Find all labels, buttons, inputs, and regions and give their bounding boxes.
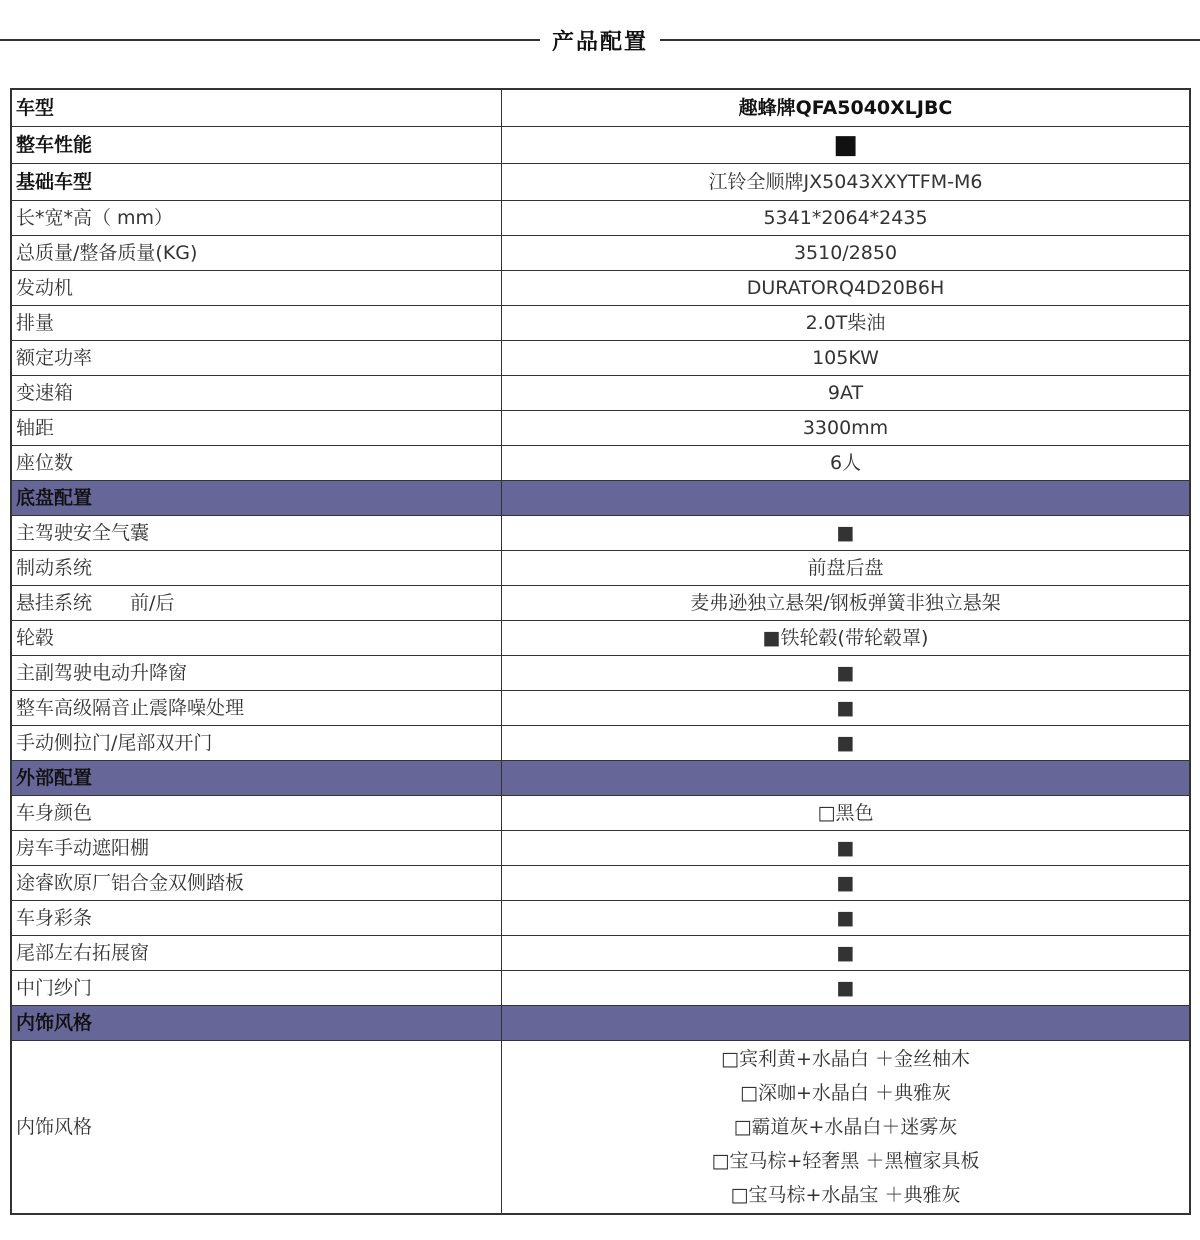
row-value: 江铃全顺牌JX5043XXYTFM-M6 bbox=[502, 164, 1191, 201]
section-title: 外部配置 bbox=[11, 761, 502, 796]
row-label: 整车高级隔音止震降噪处理 bbox=[11, 691, 502, 726]
section-header-chassis: 底盘配置 bbox=[11, 481, 1190, 516]
table-row: 轴距 3300mm bbox=[11, 411, 1190, 446]
row-label: 轴距 bbox=[11, 411, 502, 446]
row-label: 尾部左右拓展窗 bbox=[11, 936, 502, 971]
filled-square-icon: ■ bbox=[502, 691, 1191, 726]
row-label: 车身颜色 bbox=[11, 796, 502, 831]
filled-square-icon: ■ bbox=[502, 127, 1191, 164]
table-row: 车型 趣蜂牌QFA5040XLJBC bbox=[11, 89, 1190, 127]
filled-square-icon: ■ bbox=[502, 901, 1191, 936]
row-label: 中门纱门 bbox=[11, 971, 502, 1006]
section-fill bbox=[502, 481, 1191, 516]
table-row: 座位数 6人 bbox=[11, 446, 1190, 481]
interior-option: □宝马棕+轻奢黑 ＋黑檀家具板 bbox=[506, 1144, 1185, 1178]
row-value: 趣蜂牌QFA5040XLJBC bbox=[502, 89, 1191, 127]
table-row: 尾部左右拓展窗 ■ bbox=[11, 936, 1190, 971]
row-value: 5341*2064*2435 bbox=[502, 201, 1191, 236]
table-row: 排量 2.0T柴油 bbox=[11, 306, 1190, 341]
filled-square-icon: ■ bbox=[502, 936, 1191, 971]
title-rule-left bbox=[0, 39, 540, 41]
table-row: 整车性能 ■ bbox=[11, 127, 1190, 164]
table-row: 车身彩条 ■ bbox=[11, 901, 1190, 936]
row-value: ■铁轮毂(带轮毂罩) bbox=[502, 621, 1191, 656]
row-value: 9AT bbox=[502, 376, 1191, 411]
table-row: 整车高级隔音止震降噪处理 ■ bbox=[11, 691, 1190, 726]
table-row: 变速箱 9AT bbox=[11, 376, 1190, 411]
row-label: 整车性能 bbox=[11, 127, 502, 164]
filled-square-icon: ■ bbox=[502, 726, 1191, 761]
table-row: 总质量/整备质量(KG) 3510/2850 bbox=[11, 236, 1190, 271]
row-value: □黑色 bbox=[502, 796, 1191, 831]
interior-option: □宝马棕+水晶宝 ＋典雅灰 bbox=[506, 1178, 1185, 1212]
row-label: 座位数 bbox=[11, 446, 502, 481]
table-row: 内饰风格 □宾利黄+水晶白 ＋金丝柚木 □深咖+水晶白 ＋典雅灰 □霸道灰+水晶… bbox=[11, 1041, 1190, 1215]
row-label: 房车手动遮阳棚 bbox=[11, 831, 502, 866]
section-header-exterior: 外部配置 bbox=[11, 761, 1190, 796]
row-label: 手动侧拉门/尾部双开门 bbox=[11, 726, 502, 761]
section-title-bar: 产品配置 bbox=[0, 22, 1200, 58]
row-value: 3300mm bbox=[502, 411, 1191, 446]
table-row: 基础车型 江铃全顺牌JX5043XXYTFM-M6 bbox=[11, 164, 1190, 201]
filled-square-icon: ■ bbox=[502, 516, 1191, 551]
interior-option: □深咖+水晶白 ＋典雅灰 bbox=[506, 1076, 1185, 1110]
spec-table: 车型 趣蜂牌QFA5040XLJBC 整车性能 ■ 基础车型 江铃全顺牌JX50… bbox=[10, 88, 1191, 1215]
filled-square-icon: ■ bbox=[502, 831, 1191, 866]
table-row: 长*宽*高（ mm） 5341*2064*2435 bbox=[11, 201, 1190, 236]
row-value: DURATORQ4D20B6H bbox=[502, 271, 1191, 306]
row-label: 制动系统 bbox=[11, 551, 502, 586]
row-label: 排量 bbox=[11, 306, 502, 341]
interior-option: □霸道灰+水晶白＋迷雾灰 bbox=[506, 1110, 1185, 1144]
row-label: 轮毂 bbox=[11, 621, 502, 656]
row-value: 2.0T柴油 bbox=[502, 306, 1191, 341]
table-row: 额定功率 105KW bbox=[11, 341, 1190, 376]
section-header-interior: 内饰风格 bbox=[11, 1006, 1190, 1041]
row-value: 3510/2850 bbox=[502, 236, 1191, 271]
title-rule-right bbox=[660, 39, 1200, 41]
row-label: 基础车型 bbox=[11, 164, 502, 201]
row-label: 额定功率 bbox=[11, 341, 502, 376]
table-row: 途睿欧原厂铝合金双侧踏板 ■ bbox=[11, 866, 1190, 901]
filled-square-icon: ■ bbox=[502, 866, 1191, 901]
page-title: 产品配置 bbox=[540, 25, 660, 56]
section-fill bbox=[502, 761, 1191, 796]
table-row: 主副驾驶电动升降窗 ■ bbox=[11, 656, 1190, 691]
section-title: 底盘配置 bbox=[11, 481, 502, 516]
row-label: 车身彩条 bbox=[11, 901, 502, 936]
table-row: 房车手动遮阳棚 ■ bbox=[11, 831, 1190, 866]
interior-option: □宾利黄+水晶白 ＋金丝柚木 bbox=[506, 1042, 1185, 1076]
row-value: 麦弗逊独立悬架/钢板弹簧非独立悬架 bbox=[502, 586, 1191, 621]
row-label: 长*宽*高（ mm） bbox=[11, 201, 502, 236]
row-label: 悬挂系统 前/后 bbox=[11, 586, 502, 621]
table-row: 轮毂 ■铁轮毂(带轮毂罩) bbox=[11, 621, 1190, 656]
row-label: 主副驾驶电动升降窗 bbox=[11, 656, 502, 691]
row-value: 105KW bbox=[502, 341, 1191, 376]
row-label: 变速箱 bbox=[11, 376, 502, 411]
section-title: 内饰风格 bbox=[11, 1006, 502, 1041]
table-row: 中门纱门 ■ bbox=[11, 971, 1190, 1006]
row-label: 车型 bbox=[11, 89, 502, 127]
table-row: 车身颜色 □黑色 bbox=[11, 796, 1190, 831]
section-fill bbox=[502, 1006, 1191, 1041]
table-row: 主驾驶安全气囊 ■ bbox=[11, 516, 1190, 551]
row-label: 主驾驶安全气囊 bbox=[11, 516, 502, 551]
table-row: 发动机 DURATORQ4D20B6H bbox=[11, 271, 1190, 306]
filled-square-icon: ■ bbox=[502, 656, 1191, 691]
row-label: 内饰风格 bbox=[11, 1041, 502, 1215]
row-label: 途睿欧原厂铝合金双侧踏板 bbox=[11, 866, 502, 901]
row-label: 总质量/整备质量(KG) bbox=[11, 236, 502, 271]
table-row: 制动系统 前盘后盘 bbox=[11, 551, 1190, 586]
filled-square-icon: ■ bbox=[502, 971, 1191, 1006]
row-value: 6人 bbox=[502, 446, 1191, 481]
table-row: 悬挂系统 前/后 麦弗逊独立悬架/钢板弹簧非独立悬架 bbox=[11, 586, 1190, 621]
table-row: 手动侧拉门/尾部双开门 ■ bbox=[11, 726, 1190, 761]
row-label: 发动机 bbox=[11, 271, 502, 306]
row-value: 前盘后盘 bbox=[502, 551, 1191, 586]
interior-options: □宾利黄+水晶白 ＋金丝柚木 □深咖+水晶白 ＋典雅灰 □霸道灰+水晶白＋迷雾灰… bbox=[502, 1041, 1191, 1215]
